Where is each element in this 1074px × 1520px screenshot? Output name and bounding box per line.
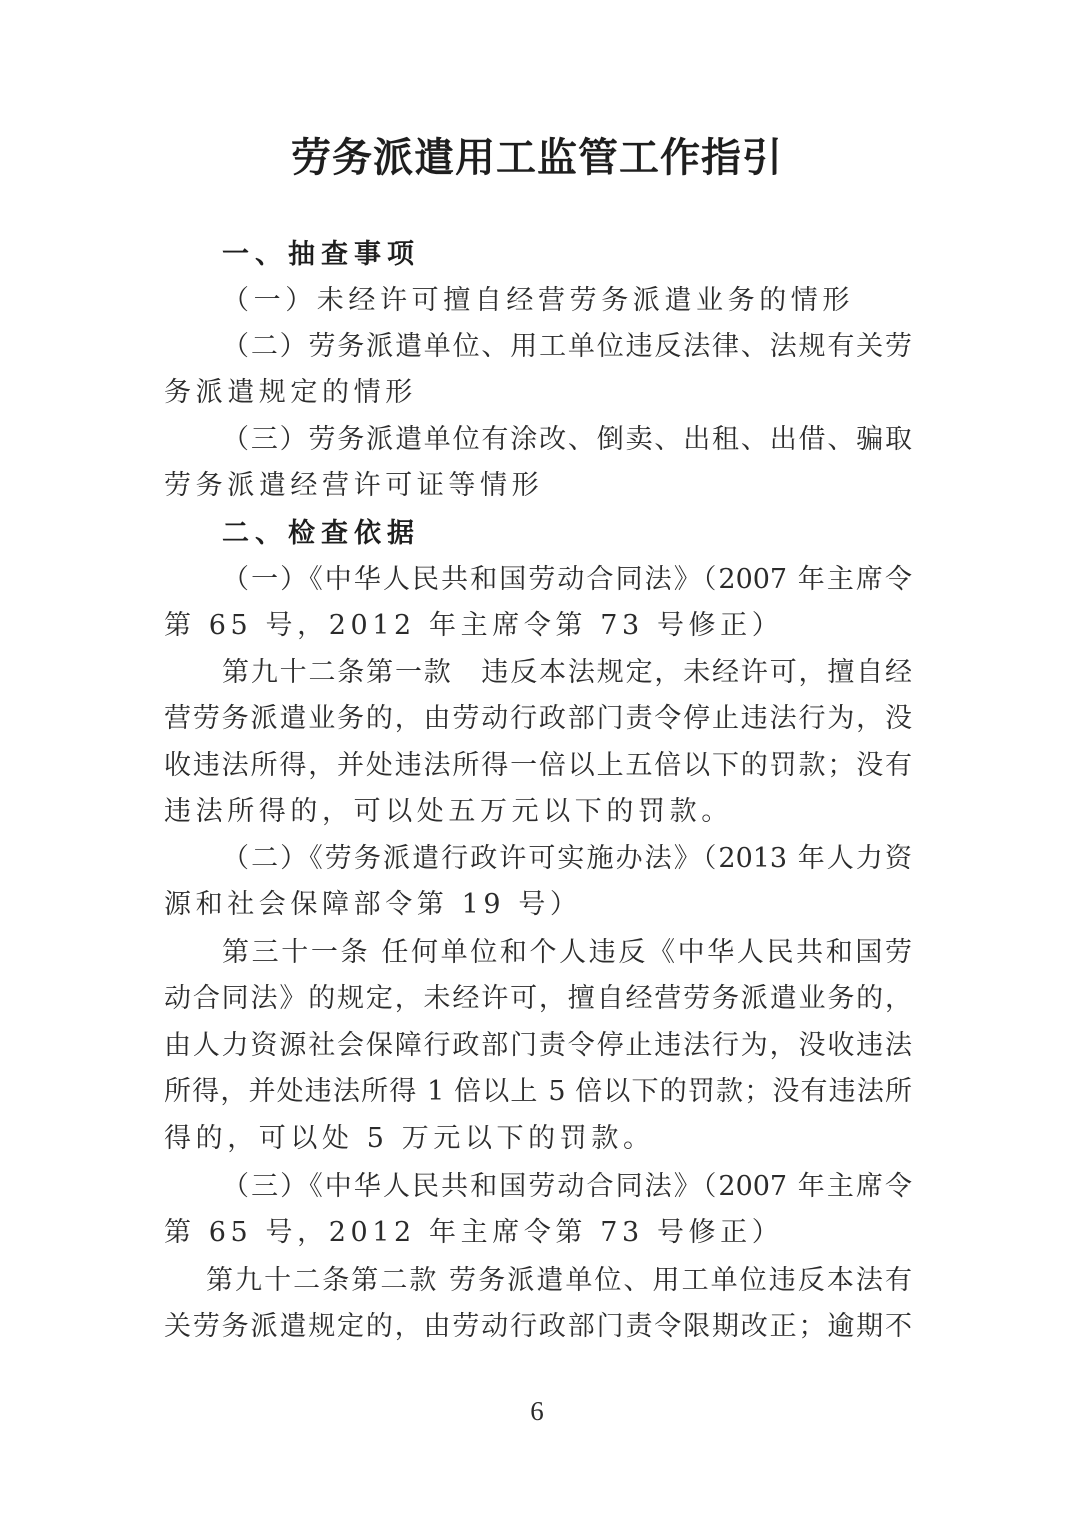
basis-3-line-1: （三）《中华人民共和国劳动合同法》（2007 年主席令 xyxy=(222,1170,912,1204)
article-31-line-1: 第三十一条 任何单位和个人违反《中华人民共和国劳 xyxy=(222,936,912,970)
article-92-1-line-3: 收违法所得，并处违法所得一倍以上五倍以下的罚款；没有 xyxy=(164,749,912,783)
article-92-2-line-1: 第九十二条第二款 劳务派遣单位、用工单位违反本法有 xyxy=(206,1264,912,1298)
inspection-item-1: （一）未经许可擅自经营劳务派遣业务的情形 xyxy=(222,284,912,318)
inspection-item-3-line-1: （三）劳务派遣单位有涂改、倒卖、出租、出借、骗取 xyxy=(222,423,912,457)
article-31-line-4: 所得，并处违法所得 1 倍以上 5 倍以下的罚款；没有违法所 xyxy=(164,1075,912,1109)
basis-2-line-1: （二）《劳务派遣行政许可实施办法》（2013 年人力资 xyxy=(222,842,912,876)
article-31-line-3: 由人力资源社会保障行政部门责令停止违法行为，没收违法 xyxy=(164,1029,912,1063)
basis-3-line-2: 第 65 号，2012 年主席令第 73 号修正） xyxy=(164,1216,912,1250)
basis-1-line-2: 第 65 号，2012 年主席令第 73 号修正） xyxy=(164,609,912,643)
article-92-1-line-4: 违法所得的，可以处五万元以下的罚款。 xyxy=(164,795,912,829)
page-number: 6 xyxy=(0,1396,1074,1427)
article-31-line-5: 得的，可以处 5 万元以下的罚款。 xyxy=(164,1122,912,1156)
article-92-1-line-1: 第九十二条第一款 违反本法规定，未经许可，擅自经 xyxy=(222,656,912,690)
article-92-2-line-2: 关劳务派遣规定的，由劳动行政部门责令限期改正；逾期不 xyxy=(164,1310,912,1344)
section-heading-inspection-items: 一、抽查事项 xyxy=(222,238,912,272)
article-92-1-line-2: 营劳务派遣业务的，由劳动行政部门责令停止违法行为，没 xyxy=(164,702,912,736)
article-31-line-2: 动合同法》的规定，未经许可，擅自经营劳务派遣业务的， xyxy=(164,982,912,1016)
section-heading-inspection-basis: 二、检查依据 xyxy=(222,517,912,551)
inspection-item-2-line-1: （二）劳务派遣单位、用工单位违反法律、法规有关劳 xyxy=(222,330,912,364)
basis-1-line-1: （一）《中华人民共和国劳动合同法》（2007 年主席令 xyxy=(222,563,912,597)
document-title: 劳务派遣用工监管工作指引 xyxy=(0,126,1074,183)
basis-2-line-2: 源和社会保障部令第 19 号） xyxy=(164,888,912,922)
document-page: 劳务派遣用工监管工作指引 一、抽查事项 （一）未经许可擅自经营劳务派遣业务的情形… xyxy=(0,0,1074,1520)
inspection-item-3-line-2: 劳务派遣经营许可证等情形 xyxy=(164,469,912,503)
inspection-item-2-line-2: 务派遣规定的情形 xyxy=(164,376,912,410)
